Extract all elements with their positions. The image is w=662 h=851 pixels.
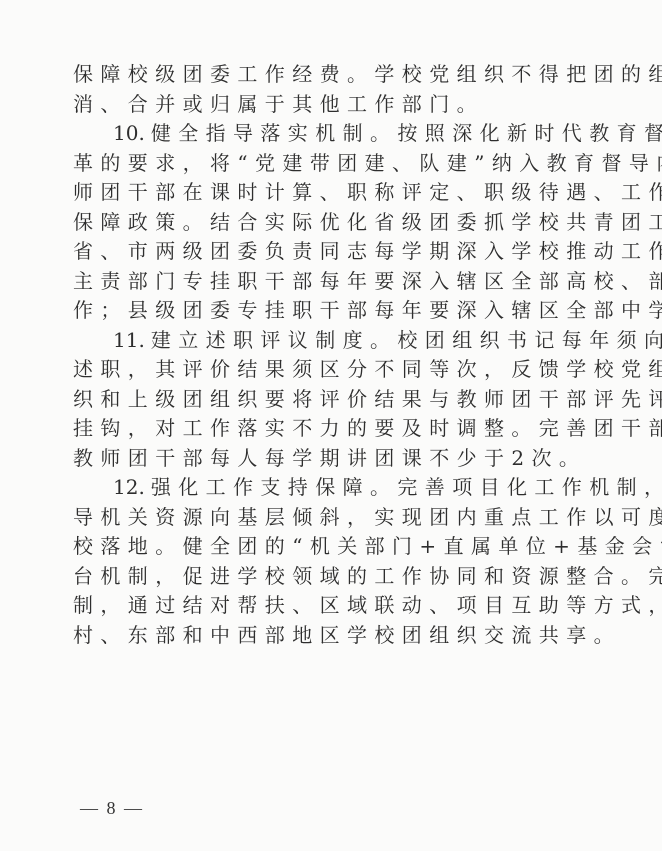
text-line: 保障校级团委工作经费。学校党组织不得把团的组织机构随意撤 xyxy=(73,60,569,90)
page-number: — 8 — xyxy=(80,798,144,819)
section-number: 11. xyxy=(113,328,145,352)
section-text: 健全指导落实机制。按照深化新时代教育督导体制机制改 xyxy=(151,121,662,145)
text-line: 导机关资源向基层倾斜，实现团内重点工作以可度量的项目在学 xyxy=(73,503,569,533)
section-text: 强化工作支持保障。完善项目化工作机制，推动团的领 xyxy=(151,475,662,499)
section-10-heading: 10.健全指导落实机制。按照深化新时代教育督导体制机制改 xyxy=(73,119,569,149)
text-line: 制，通过结对帮扶、区域联动、项目互助等方式，推动城市和农 xyxy=(73,591,569,621)
text-line: 保障政策。结合实际优化省级团委抓学校共青团工作运行机制。 xyxy=(73,208,569,238)
text-line: 教师团干部每人每学期讲团课不少于2次。 xyxy=(73,444,569,474)
section-text: 建立述职评议制度。校团组织书记每年须向上级团组织 xyxy=(151,328,662,352)
text-line: 主责部门专挂职干部每年要深入辖区全部高校、部分中学推动工 xyxy=(73,267,569,297)
text-line: 师团干部在课时计算、职称评定、职级待遇、工作考核等方面的 xyxy=(73,178,569,208)
section-number: 10. xyxy=(113,121,145,145)
text-line: 作；县级团委专挂职干部每年要深入辖区全部中学推动工作。 xyxy=(73,296,569,326)
text-line: 消、合并或归属于其他工作部门。 xyxy=(73,90,569,120)
section-12-heading: 12.强化工作支持保障。完善项目化工作机制，推动团的领 xyxy=(73,473,569,503)
text-line: 述职，其评价结果须区分不同等次，反馈学校党组织。同级党组 xyxy=(73,355,569,385)
text-line: 挂钩，对工作落实不力的要及时调整。完善团干部上讲台制度， xyxy=(73,414,569,444)
text-line: 村、东部和中西部地区学校团组织交流共享。 xyxy=(73,621,569,651)
text-line: 织和上级团组织要将评价结果与教师团干部评先评优和选拔任用 xyxy=(73,385,569,415)
text-line: 校落地。健全团的“机关部门+直属单位+基金会”的事业化平 xyxy=(73,532,569,562)
document-page: 保障校级团委工作经费。学校党组织不得把团的组织机构随意撤 消、合并或归属于其他工… xyxy=(73,60,569,650)
text-line: 革的要求，将“党建带团建、队建”纳入教育督导内容。落实教 xyxy=(73,149,569,179)
section-number: 12. xyxy=(113,475,145,499)
text-line: 省、市两级团委负责同志每学期深入学校推动工作不少于15天， xyxy=(73,237,569,267)
text-line: 台机制，促进学校领域的工作协同和资源整合。完善地域协作机 xyxy=(73,562,569,592)
section-11-heading: 11.建立述职评议制度。校团组织书记每年须向上级团组织 xyxy=(73,326,569,356)
